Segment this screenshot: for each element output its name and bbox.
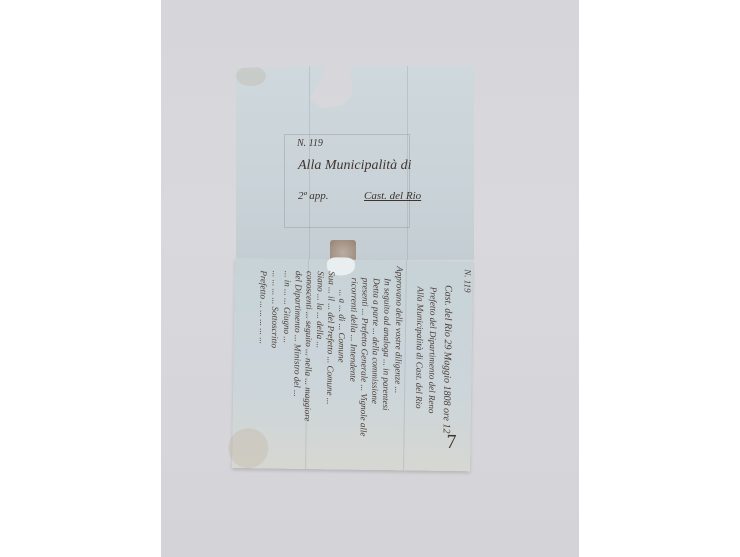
body-line: ... a ... di ... Comune (337, 289, 348, 362)
header-line: Alla Municipalità di Cast. del Rio (414, 287, 426, 409)
recipient-line-2: 2ª app. (298, 190, 329, 202)
body-line: Prefetto ... ... ... ... ... (258, 270, 269, 344)
recipient-place: Cast. del Rio (364, 190, 421, 202)
letter-number: N. 119 (297, 138, 323, 149)
body-line: ... ... ... ... Sottoscritto (270, 271, 281, 349)
body-line: ricorrenti della ... Intendente (348, 278, 359, 382)
age-stain (236, 66, 266, 86)
body-reference-number: N. 119 (463, 269, 473, 292)
letter-address-panel: N. 119 Alla Municipalità di 2ª app. Cast… (236, 66, 474, 260)
body-line: del Dipartimento ... Ministro del ... (292, 271, 304, 397)
body-line: ... in ... ... Giugno ... (282, 271, 293, 343)
body-line: conoscenti ... seguito ... nella ... mag… (303, 271, 315, 422)
header-line: Prefetto del Dipartimento del Reno (427, 287, 439, 414)
body-line: presenti ... Prefetto Generale ... Vigno… (359, 278, 371, 437)
body-line: Detta a parte ... della commissione (370, 278, 382, 404)
signature-mark: 7 (446, 431, 456, 454)
letter-body-panel: N. 119 Cast. del Rio 29 Maggio 1808 ore … (232, 258, 473, 471)
photo-background: N. 119 Alla Municipalità di 2ª app. Cast… (161, 0, 579, 557)
body-line: In seguito ad analoga ... in parentesi (381, 278, 393, 411)
body-line: Siano ... la ... della ... (315, 271, 326, 348)
body-line: Approvano delle vostre diligenze ... (393, 266, 405, 393)
age-stain (228, 428, 269, 469)
body-line: Sua ... il ... del Prefetto ... Comune .… (325, 271, 337, 404)
header-line: Cast. del Rio 29 Maggio 1808 ore 12 (441, 285, 454, 434)
recipient-line-1: Alla Municipalità di (298, 158, 412, 174)
